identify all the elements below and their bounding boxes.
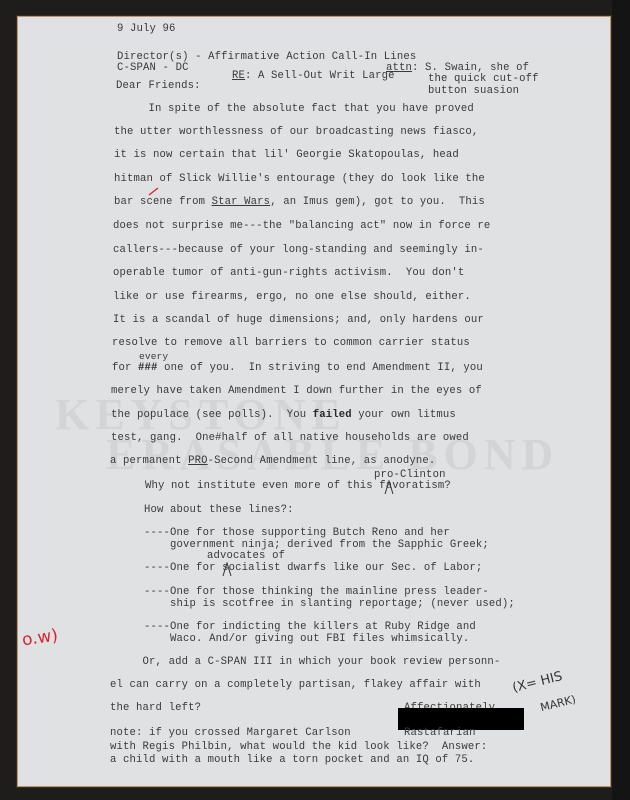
re-line: RE: A Sell-Out Writ Large [232,70,395,82]
body-line-3: it is now certain that lil' Georgie Skat… [114,149,459,161]
closing-line-2: el can carry on a completely partisan, f… [110,679,481,691]
how-about-line: How about these lines?: [144,504,294,516]
date: 9 July 96 [117,23,176,35]
closing-line-1: Or, add a C-SPAN III in which your book … [110,656,500,668]
star-wars-title: Star Wars [212,196,271,208]
body-line-13: merely have taken Amendment I down furth… [111,385,482,397]
struck-word: ### [138,362,158,374]
attn-line-2: the quick cut-off [428,73,539,85]
list-item-4-line-2: Waco. And/or giving out FBI files whimsi… [144,633,469,645]
note-line-1: note: if you crossed Margaret Carlson [110,727,351,739]
signature-title: Rastafarian [404,727,476,739]
body-line-9: like or use firearms, ergo, no one else … [113,291,471,303]
list-item-3-line-1: ----One for those thinking the mainline … [144,586,489,598]
body-line-1: In spite of the absolute fact that you h… [116,103,474,115]
insertion-caret-icon [384,480,394,494]
pro-word: PRO [188,455,208,467]
red-tick-mark-icon [148,186,160,196]
list-item-2: ----One for socialist dwarfs like our Se… [144,562,482,574]
closing-line-3: the hard left? [110,702,201,714]
body-line-12: for ### one of you. In striving to end A… [112,362,483,374]
re-label: RE [232,70,245,82]
body-line-10: It is a scandal of huge dimensions; and,… [113,314,484,326]
body-line-4: hitman of Slick Willie's entourage (they… [114,173,485,185]
re-text: : A Sell-Out Writ Large [245,70,395,82]
list-item-1-line-1: ----One for those supporting Butch Reno … [144,527,450,539]
list-item-1-line-2: government ninja; derived from the Sapph… [144,539,489,551]
salutation: Dear Friends: [116,80,201,92]
body-line-16: a permanent PRO-Second Amendment line, a… [110,455,435,467]
why-not-line: Why not institute even more of this favo… [145,480,451,492]
insert-advocates-of: advocates of [207,550,285,562]
note-line-3: a child with a mouth like a torn pocket … [110,754,474,766]
list-item-4-line-1: ----One for indicting the killers at Rub… [144,621,476,633]
body-line-5: bar scene from Star Wars, an Imus gem), … [114,196,485,208]
body-line-2: the utter worthlessness of our broadcast… [114,126,478,138]
body-line-15: test, gang. One#half of all native house… [111,432,469,444]
body-line-7: callers---because of your long-standing … [113,244,484,256]
scan-edge [612,0,630,800]
failed-word: failed [313,409,352,421]
body-line-6: does not surprise me---the "balancing ac… [113,220,490,232]
body-line-14: the populace (see polls). You failed you… [111,409,456,421]
note-line-2: with Regis Philbin, what would the kid l… [110,741,487,753]
recipient-line-2: C-SPAN - DC [117,62,189,74]
body-line-11: resolve to remove all barriers to common… [112,337,470,349]
list-item-3-line-2: ship is scotfree in slanting reportage; … [144,598,515,610]
insertion-caret-icon [222,562,232,576]
body-line-8: operable tumor of anti-gun-rights activi… [113,267,464,279]
attn-line-3: button suasion [428,85,519,97]
